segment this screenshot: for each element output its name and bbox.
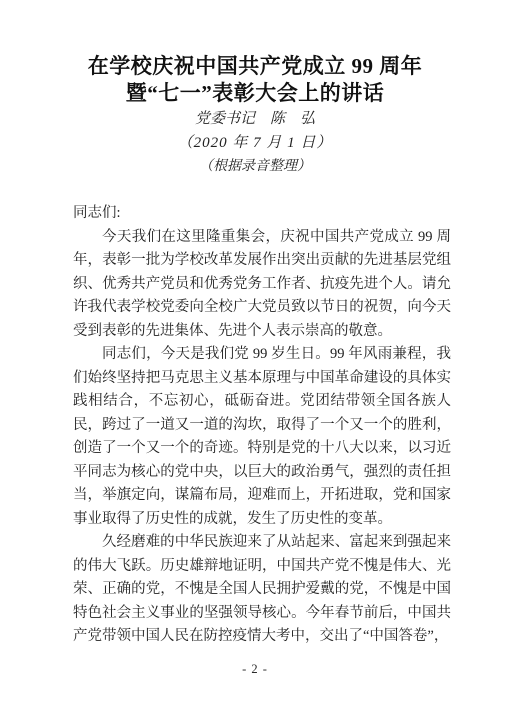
document-page: 在学校庆祝中国共产党成立 99 周年 暨“七一”表彰大会上的讲话 党委书记 陈 … [0, 0, 510, 720]
document-title-line-1: 在学校庆祝中国共产党成立 99 周年 [0, 53, 510, 80]
document-meta: 党委书记 陈 弘 （2020 年 7 月 1 日） （根据录音整理） [0, 107, 510, 179]
body-paragraph: 久经磨难的中华民族迎来了从站起来、富起来到强起来的伟大飞跃。历史雄辩地证明，中国… [73, 531, 451, 649]
body-paragraph: 同志们，今天是我们党 99 岁生日。99 年风雨兼程，我们始终坚持把马克思主义基… [73, 343, 451, 531]
page-number: - 2 - [0, 662, 510, 677]
document-title-line-2: 暨“七一”表彰大会上的讲话 [0, 80, 510, 107]
source-note: （根据录音整理） [0, 155, 510, 179]
author-byline: 党委书记 陈 弘 [0, 107, 510, 131]
body-paragraph: 今天我们在这里隆重集会，庆祝中国共产党成立 99 周年，表彰一批为学校改革发展作… [73, 226, 451, 344]
document-title: 在学校庆祝中国共产党成立 99 周年 暨“七一”表彰大会上的讲话 [0, 53, 510, 107]
date-line: （2020 年 7 月 1 日） [0, 131, 510, 155]
document-body: 同志们: 今天我们在这里隆重集会，庆祝中国共产党成立 99 周年，表彰一批为学校… [73, 202, 451, 649]
salutation: 同志们: [73, 202, 451, 226]
